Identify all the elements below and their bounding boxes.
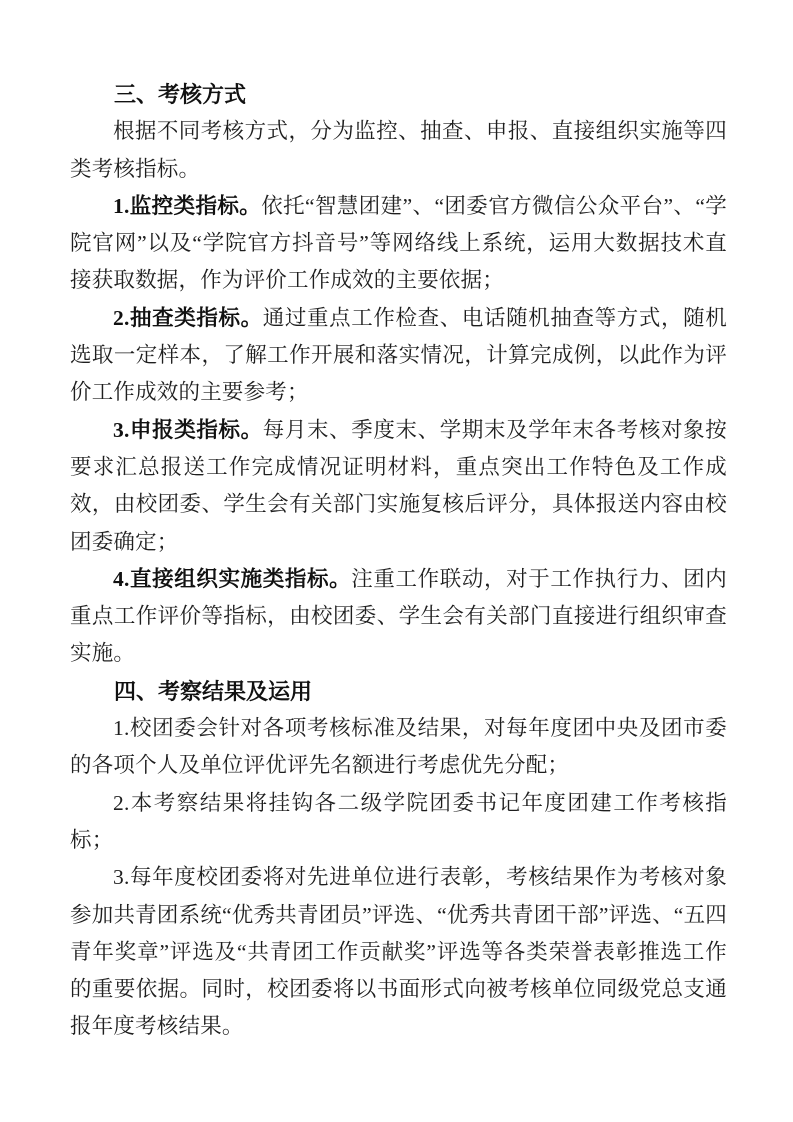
paragraph-lead: 1.监控类指标。: [113, 194, 261, 218]
paragraph-indicator-monitoring: 1.监控类指标。依托“智慧团建”、“团委官方微信公众平台”、“学院官网”以及“学…: [70, 188, 727, 300]
document-page: 三、考核方式 根据不同考核方式，分为监控、抽查、申报、直接组织实施等四类考核指标…: [0, 0, 793, 1122]
section-heading-assessment-methods: 三、考核方式: [70, 76, 727, 113]
paragraph-result-1: 1.校团委会针对各项考核标准及结果，对每年度团中央及团市委的各项个人及单位评优评…: [70, 710, 727, 785]
paragraph-lead: 2.抽查类指标。: [113, 306, 263, 330]
paragraph-text: 1.校团委会针对各项考核标准及结果，对每年度团中央及团市委的各项个人及单位评优评…: [70, 716, 727, 777]
paragraph-intro: 根据不同考核方式，分为监控、抽查、申报、直接组织实施等四类考核指标。: [70, 113, 727, 188]
paragraph-text: 3.每年度校团委将对先进单位进行表彰，考核结果作为考核对象参加共青团系统“优秀共…: [70, 865, 727, 1038]
paragraph-result-2: 2.本考察结果将挂钩各二级学院团委书记年度团建工作考核指标；: [70, 785, 727, 860]
paragraph-indicator-declaration: 3.申报类指标。每月末、季度末、学期末及学年末各考核对象按要求汇总报送工作完成情…: [70, 412, 727, 561]
paragraph-result-3: 3.每年度校团委将对先进单位进行表彰，考核结果作为考核对象参加共青团系统“优秀共…: [70, 859, 727, 1045]
section-heading-results-usage: 四、考察结果及运用: [70, 673, 727, 710]
paragraph-lead: 3.申报类指标。: [113, 418, 263, 442]
paragraph-lead: 4.直接组织实施类指标。: [113, 567, 351, 591]
paragraph-indicator-direct-implementation: 4.直接组织实施类指标。注重工作联动，对于工作执行力、团内重点工作评价等指标，由…: [70, 561, 727, 673]
paragraph-text: 根据不同考核方式，分为监控、抽查、申报、直接组织实施等四类考核指标。: [70, 119, 727, 180]
paragraph-text: 2.本考察结果将挂钩各二级学院团委书记年度团建工作考核指标；: [70, 791, 727, 852]
paragraph-indicator-spotcheck: 2.抽查类指标。通过重点工作检查、电话随机抽查等方式，随机选取一定样本，了解工作…: [70, 300, 727, 412]
